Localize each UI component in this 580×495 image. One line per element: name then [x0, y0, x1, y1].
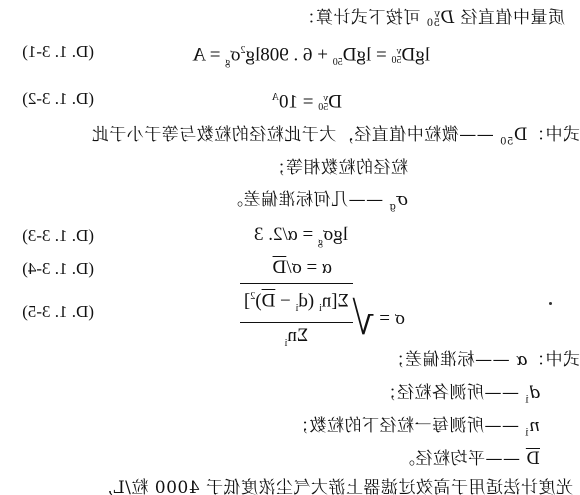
eq-text: (d: [298, 290, 319, 311]
eq-text: = 10: [279, 91, 318, 112]
equation-label-d133: (D. 1. 3-3): [22, 226, 94, 246]
d-symbol: d: [529, 383, 540, 403]
n-definition: ——所测每一粒径下的粒数；: [291, 416, 524, 436]
d50-definition: ——微粒中值直径，大于此粒径的粒数与等于小于此: [91, 125, 499, 145]
sub: 50: [333, 57, 343, 68]
denominator: Σni: [240, 323, 353, 355]
eq-text: σ: [230, 44, 240, 65]
equation-label-d132: (D. 1. 3-2): [22, 89, 94, 109]
where-alpha-line: 式中：α ——标准偏差；: [387, 350, 580, 370]
eq-text: σ =: [375, 308, 405, 329]
sub: g: [318, 237, 323, 248]
sub: i: [525, 394, 529, 405]
eq-text: D: [401, 44, 415, 65]
sigma-symbol: σ: [396, 190, 408, 210]
dbar-symbol: D: [526, 449, 540, 469]
alpha-definition: ——标准偏差；: [387, 350, 515, 370]
where-n-line: ni ——所测每一粒径下的粒数；: [291, 416, 540, 443]
equation-label-d134: (D. 1. 3-4): [22, 259, 94, 279]
eq-text: ]: [244, 290, 250, 311]
d50-symbol: D: [513, 125, 527, 145]
where-sigma-line: σg ——几何标准偏差。: [226, 190, 408, 217]
intro-text-after: 可按下式计算：: [298, 8, 426, 28]
sub: 50: [318, 103, 328, 112]
eq-text: ): [255, 290, 261, 311]
eq-text: α = σ/: [286, 257, 332, 278]
d-definition: ——所测各粒径；: [379, 383, 525, 403]
sqrt-expression: √Σ[ni (di − D)2]Σni: [240, 283, 375, 355]
fraction: Σ[ni (di − D)2]Σni: [240, 286, 353, 355]
sigma-definition: ——几何标准偏差。: [226, 190, 389, 210]
equation-label-d131: (D. 1. 3-1): [22, 42, 94, 62]
eq-text: + 6 . 908lg: [246, 44, 333, 65]
eq-text: lg: [415, 44, 430, 65]
eq-text: −: [275, 290, 295, 311]
equation-label-d135: (D. 1. 3-5): [22, 302, 94, 322]
sup: 2: [241, 45, 246, 56]
sub: i: [319, 303, 322, 314]
eq-text: Σn: [287, 325, 308, 346]
dbar-symbol: D: [273, 257, 287, 278]
document-page: 质量中值直径 Dv50 可按下式计算： lgDv50 = lgD50 + 6 .…: [0, 0, 580, 495]
eq-text: D: [328, 91, 342, 112]
where-d50-line2: 粒径的粒数相等；: [268, 158, 408, 178]
where-prefix: 式中：: [528, 350, 580, 370]
where-dbar-line: D ——平均粒径。: [397, 449, 540, 469]
sub: g: [389, 201, 396, 212]
where-d50-line: 式中：D50 ——微粒中值直径，大于此粒径的粒数与等于小于此: [91, 125, 580, 152]
equation-d134: α = σ/D: [273, 257, 332, 279]
intro-text: 质量中值直径: [454, 8, 565, 28]
footer-line: 光度计法适用于高效过滤器上游大气尘浓度低于 4000 粒/L,: [107, 478, 573, 495]
sub: i: [525, 427, 529, 438]
sqrt-symbol: √: [353, 296, 375, 342]
sub: i: [285, 338, 288, 349]
eq-text: lgσ: [323, 224, 348, 245]
sub: g: [225, 57, 230, 68]
equation-d135: σ = √Σ[ni (di − D)2]Σni: [240, 283, 405, 355]
eq-text: = lgD: [343, 44, 392, 65]
eq-text: Σ[n: [322, 290, 349, 311]
equation-d133: lgσg = α/2. 3: [254, 224, 348, 254]
sup: 2: [250, 291, 255, 302]
equation-d132: Dv50 = 10A: [272, 87, 342, 113]
n-symbol: n: [529, 416, 540, 436]
dbar-definition: ——平均粒径。: [397, 449, 525, 469]
eq-text: = A: [192, 44, 225, 65]
alpha-symbol: α: [516, 350, 528, 370]
where-d-line: di ——所测各粒径；: [379, 383, 540, 410]
scan-speck: [549, 302, 552, 305]
numerator: Σ[ni (di − D)2]: [240, 286, 353, 323]
sub: 50: [500, 136, 514, 147]
sup: A: [272, 92, 279, 103]
equation-d131: lgDv50 = lgD50 + 6 . 908lg2σg = A: [192, 40, 430, 74]
intro-line: 质量中值直径 Dv50 可按下式计算：: [298, 8, 565, 28]
sub-50: 50: [426, 19, 440, 28]
dbar-symbol: D: [262, 290, 276, 311]
sub: 50: [391, 56, 401, 65]
d50v-symbol: D: [440, 8, 454, 28]
where-prefix: 式中：: [528, 125, 580, 145]
eq-text: = α/2. 3: [254, 224, 318, 245]
